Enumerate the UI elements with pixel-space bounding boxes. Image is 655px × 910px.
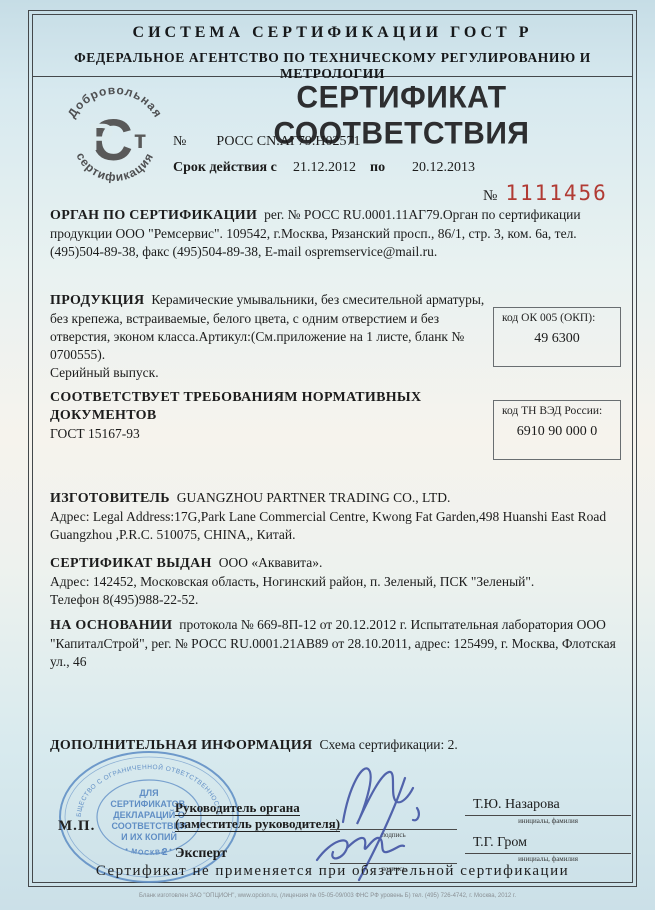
valid-from-date: 21.12.2012 xyxy=(293,160,356,176)
okp-code-value: 49 6300 xyxy=(494,331,620,347)
blank-number: №1111456 xyxy=(483,181,608,205)
stamp-center-line: ДЕКЛАРАЦИЙ О xyxy=(113,809,184,820)
section-label: ПРОДУКЦИЯ xyxy=(50,293,144,308)
section-conformity: СООТВЕТСТВУЕТ ТРЕБОВАНИЯМ НОРМАТИВНЫХ ДО… xyxy=(50,389,498,443)
section-label: СООТВЕТСТВУЕТ ТРЕБОВАНИЯМ НОРМАТИВНЫХ ДО… xyxy=(50,389,491,425)
expert-name-block: Т.Г. Гром инициалы, фамилия xyxy=(465,835,631,863)
stamp-place-label: М.П. xyxy=(58,818,95,835)
rst-certification-mark-icon: Добровольная сертификация С Р т xyxy=(52,82,180,184)
certificate-document: СИСТЕМА СЕРТИФИКАЦИИ ГОСТ Р ФЕДЕРАЛЬНОЕ … xyxy=(0,0,655,910)
tnved-code-value: 6910 90 000 0 xyxy=(494,424,620,440)
stamp-copy-number: 2 xyxy=(162,847,168,858)
section-label: СЕРТИФИКАТ ВЫДАН xyxy=(50,556,212,571)
section-issued-to: СЕРТИФИКАТ ВЫДАНООО «Аквавита». Адрес: 1… xyxy=(50,554,618,609)
section-label: ИЗГОТОВИТЕЛЬ xyxy=(50,491,170,506)
valid-to-date: 20.12.2013 xyxy=(412,160,475,176)
okp-code-box: код ОК 005 (ОКП): 49 6300 xyxy=(493,307,621,367)
section-product: ПРОДУКЦИЯКерамические умывальники, без с… xyxy=(50,291,498,382)
validity-label: Срок действия с xyxy=(173,160,277,176)
number-sign: № xyxy=(173,134,186,150)
okp-code-label: код ОК 005 (ОКП): xyxy=(494,308,620,324)
stamp-center-line: И ИХ КОПИЙ xyxy=(121,831,177,842)
logo-letter-r: Р xyxy=(88,117,113,159)
logo-letter-t: т xyxy=(134,126,146,154)
manufacturer-address: Адрес: Legal Address:17G,Park Lane Comme… xyxy=(50,508,618,544)
stamp-center-line: ДЛЯ xyxy=(139,788,158,798)
standard-reference: ГОСТ 15167-93 xyxy=(50,425,498,443)
agency-title: ФЕДЕРАЛЬНОЕ АГЕНТСТВО ПО ТЕХНИЧЕСКОМУ РЕ… xyxy=(33,50,632,82)
section-label: НА ОСНОВАНИИ xyxy=(50,618,172,633)
holder-name: ООО «Аквавита». xyxy=(219,555,323,570)
section-basis: НА ОСНОВАНИИпротокола № 669-8П-12 от 20.… xyxy=(50,616,622,671)
section-text: Схема сертификации: 2. xyxy=(319,737,457,752)
holder-address: Адрес: 142452, Московская область, Ногин… xyxy=(50,573,618,591)
tnved-code-box: код ТН ВЭД России: 6910 90 000 0 xyxy=(493,400,621,460)
manufacturer-name: GUANGZHOU PARTNER TRADING CO., LTD. xyxy=(177,490,451,505)
expert-signature xyxy=(317,838,404,860)
holder-phone: Телефон 8(495)988-22-52. xyxy=(50,591,618,609)
head-name-block: Т.Ю. Назарова инициалы, фамилия xyxy=(465,797,631,825)
certificate-number-value: РОСС CN.АГ79.Н02571 xyxy=(216,134,360,149)
certificate-number: №РОСС CN.АГ79.Н02571 xyxy=(173,134,361,150)
expert-role-label: Эксперт xyxy=(175,846,227,862)
section-manufacturer: ИЗГОТОВИТЕЛЬGUANGZHOU PARTNER TRADING CO… xyxy=(50,489,618,544)
certification-system-title: СИСТЕМА СЕРТИФИКАЦИИ ГОСТ Р xyxy=(33,24,632,42)
head-signature xyxy=(343,768,419,824)
head-role-line1: Руководитель органа xyxy=(175,800,300,816)
head-name: Т.Ю. Назарова xyxy=(465,797,631,813)
section-label: ОРГАН ПО СЕРТИФИКАЦИИ xyxy=(50,208,257,223)
name-caption: инициалы, фамилия xyxy=(465,854,631,863)
valid-to-label: по xyxy=(370,160,385,176)
name-caption: инициалы, фамилия xyxy=(465,816,631,825)
blank-number-value: 1111456 xyxy=(505,181,608,205)
section-certification-body: ОРГАН ПО СЕРТИФИКАЦИИрег. № РОСС RU.0001… xyxy=(50,206,618,261)
disclaimer-text: Сертификат не применяется при обязательн… xyxy=(33,863,632,880)
number-sign: № xyxy=(483,188,497,204)
tnved-code-label: код ТН ВЭД России: xyxy=(494,401,620,417)
expert-name: Т.Г. Гром xyxy=(465,835,631,851)
blank-print-info: Бланк изготовлен ЗАО "ОПЦИОН", www.opcio… xyxy=(0,893,655,899)
product-serial-note: Серийный выпуск. xyxy=(50,364,498,382)
